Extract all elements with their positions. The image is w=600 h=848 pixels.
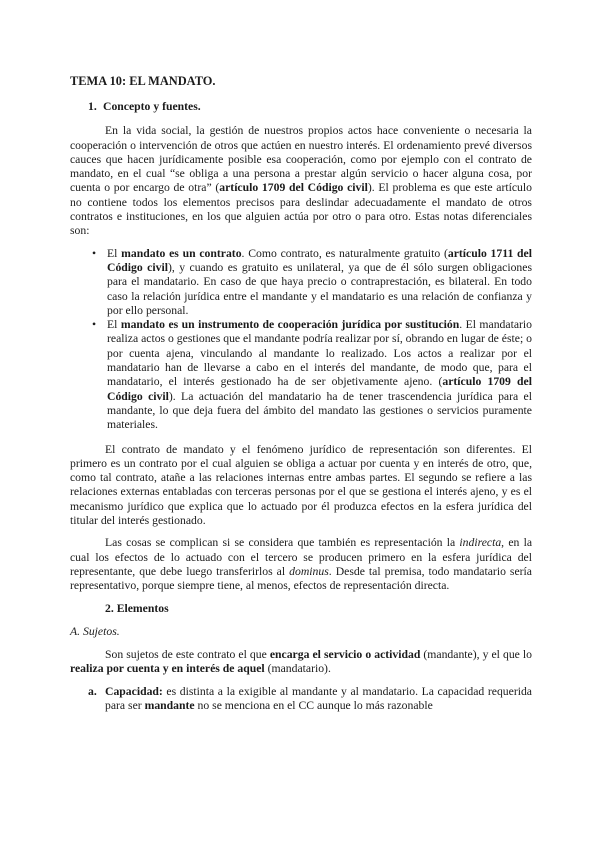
text-run: . Como contrato, es naturalmente gratuit… xyxy=(242,247,448,260)
section-heading-elementos: 2. Elementos xyxy=(105,602,532,616)
text-run: El xyxy=(107,247,121,260)
text-run: Concepto y fuentes. xyxy=(103,100,201,113)
paragraph-introduccion: En la vida social, la gestión de nuestro… xyxy=(70,124,532,238)
text-run: no se menciona en el CC aunque lo más ra… xyxy=(195,699,433,712)
text-run: ). La actuación del mandatario ha de ten… xyxy=(107,390,532,432)
text-run: El contrato de mandato y el fenómeno jur… xyxy=(70,443,532,527)
text-run: mandato es un instrumento de cooperación… xyxy=(121,318,459,331)
text-run: 2. Elementos xyxy=(105,602,169,615)
list-marker: 1. xyxy=(88,100,97,114)
text-run: El xyxy=(107,318,121,331)
text-run: mandato es un contrato xyxy=(121,247,241,260)
paragraph-representacion: El contrato de mandato y el fenómeno jur… xyxy=(70,443,532,529)
paragraph-sujetos: Son sujetos de este contrato el que enca… xyxy=(70,648,532,677)
text-run: realiza por cuenta y en interés de aquel xyxy=(70,662,265,675)
text-run: artículo 1709 del Código civil xyxy=(219,181,368,194)
text-run: (mandante), y el que lo xyxy=(420,648,532,661)
text-run: Capacidad: xyxy=(105,685,163,698)
text-run: indirecta xyxy=(459,536,501,549)
bullet-icon: • xyxy=(92,247,96,261)
list-item-capacidad: a.Capacidad: es distinta a la exigible a… xyxy=(105,685,532,714)
section-heading-concepto: 1.Concepto y fuentes. xyxy=(88,100,532,114)
list-marker: a. xyxy=(88,685,97,699)
text-run: (mandatario). xyxy=(265,662,331,675)
paragraph-indirecta: Las cosas se complican si se considera q… xyxy=(70,536,532,593)
text-run: dominus xyxy=(289,565,329,578)
document-title: TEMA 10: EL MANDATO. xyxy=(70,74,532,89)
text-run: ), y cuando es gratuito es unilateral, y… xyxy=(107,261,532,317)
bullet-item-contrato: •El mandato es un contrato. Como contrat… xyxy=(107,247,532,318)
subheading-sujetos: A. Sujetos. xyxy=(70,625,532,639)
text-run: encarga el servicio o actividad xyxy=(270,648,421,661)
document-page: TEMA 10: EL MANDATO. 1.Concepto y fuente… xyxy=(0,0,600,848)
text-run: mandante xyxy=(145,699,195,712)
text-run: A. Sujetos. xyxy=(70,625,120,638)
text-run: Son sujetos de este contrato el que xyxy=(105,648,270,661)
document-body: 1.Concepto y fuentes.En la vida social, … xyxy=(70,100,532,713)
bullet-item-instrumento: •El mandato es un instrumento de coopera… xyxy=(107,318,532,432)
bullet-icon: • xyxy=(92,318,96,332)
text-run: Las cosas se complican si se considera q… xyxy=(105,536,459,549)
